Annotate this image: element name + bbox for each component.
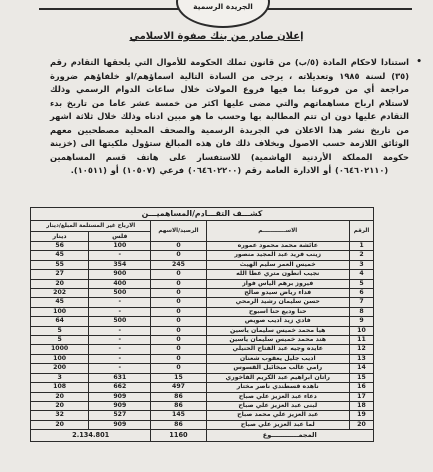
dinar-cell: 3 (31, 373, 89, 382)
header-name: الاســــــــــــم (206, 221, 349, 242)
table-row: 10 هيا محمد خميس سليمان ياسين 0 - 5 (31, 326, 374, 335)
row-number-cell: 14 (349, 364, 373, 373)
dinar-cell: 100 (31, 307, 89, 316)
name-cell: ناهده قسطندي ناصر مختار (206, 383, 349, 392)
name-cell: خميس العمر سليم الهيث (206, 260, 349, 269)
name-cell: نجيب انطون متري عطا الله (206, 270, 349, 279)
table-total-row: المجمــــــــــــوع 1160 2.134.801 (31, 430, 374, 442)
shareholders-table: كشـــف التقـــادم/المساهميـــن الرقم الا… (30, 207, 374, 442)
notice-text: استنادا لاحكام المادة (٥/ب) من قانون تمل… (50, 56, 409, 178)
shares-cell: 0 (151, 336, 206, 345)
fils-cell: - (89, 326, 151, 335)
row-number-cell: 15 (349, 373, 373, 382)
gazette-page: { "colors": { "paper": "#ebe9e5", "ink":… (0, 0, 433, 472)
shares-cell: 0 (151, 364, 206, 373)
header-fils: فلس (89, 232, 151, 242)
table-row: 9 فادي زيد اديب صويص 0 500 64 (31, 317, 374, 326)
row-number-cell: 11 (349, 336, 373, 345)
row-number-cell: 12 (349, 345, 373, 354)
total-shares: 1160 (151, 430, 206, 442)
fils-cell: - (89, 354, 151, 363)
name-cell: هند محمد خميس سليمان ياسين (206, 336, 349, 345)
row-number-cell: 6 (349, 289, 373, 298)
shares-cell: 0 (151, 354, 206, 363)
gazette-oval: الجريدة الرسمية (176, 0, 270, 28)
shares-cell: 86 (151, 392, 206, 401)
header-shares: الرصيد/الاسهم (151, 221, 206, 242)
fils-cell: 354 (89, 260, 151, 269)
dinar-cell: 5 (31, 326, 89, 335)
total-label: المجمــــــــــــوع (206, 430, 373, 442)
dinar-cell: 45 (31, 298, 89, 307)
table-row: 16 ناهده قسطندي ناصر مختار 497 662 108 (31, 383, 374, 392)
dinar-cell: 64 (31, 317, 89, 326)
row-number-cell: 19 (349, 411, 373, 420)
fils-cell: 500 (89, 317, 151, 326)
dinar-cell: 108 (31, 383, 89, 392)
table-row: 18 لبنى عبد العزيز علي صباح 86 909 20 (31, 401, 374, 410)
table-row: 14 رامي غالب ميخائيل القسوس 0 - 200 (31, 364, 374, 373)
name-cell: دعاء عبد العزيز علي صباح (206, 392, 349, 401)
fils-cell: - (89, 364, 151, 373)
dinar-cell: 45 (31, 251, 89, 260)
dinar-cell: 55 (31, 260, 89, 269)
row-number-cell: 5 (349, 279, 373, 288)
table-row: 15 راتان ابراهيم عبد الكريم الفاخوري 15 … (31, 373, 374, 382)
header-dinar: دينار (31, 232, 89, 242)
name-cell: حسن سليمان رشيد الرمحي (206, 298, 349, 307)
table-row: 13 اديب جليل يعقوب شعنان 0 - 100 (31, 354, 374, 363)
dinar-cell: 1000 (31, 345, 89, 354)
name-cell: فداء رياض سيدو صالح (206, 289, 349, 298)
fils-cell: 909 (89, 392, 151, 401)
fils-cell: - (89, 307, 151, 316)
name-cell: عائشة محمد محمود عموره (206, 242, 349, 251)
row-number-cell: 4 (349, 270, 373, 279)
shares-cell: 0 (151, 289, 206, 298)
name-cell: اديب جليل يعقوب شعنان (206, 354, 349, 363)
dinar-cell: 20 (31, 392, 89, 401)
table-row: 4 نجيب انطون متري عطا الله 0 900 27 (31, 270, 374, 279)
name-cell: عايده وجيه عبد الفتاح الحنيلي (206, 345, 349, 354)
row-number-cell: 7 (349, 298, 373, 307)
fils-cell: 100 (89, 242, 151, 251)
header-number: الرقم (349, 221, 373, 242)
dinar-cell: 100 (31, 354, 89, 363)
name-cell: فيروز برهم الياس فواز (206, 279, 349, 288)
header-unclaimed-profits: الارباح غير المستلمة المبلغ/دينار (31, 221, 151, 232)
fils-cell: - (89, 345, 151, 354)
name-cell: فادي زيد اديب صويص (206, 317, 349, 326)
shares-cell: 0 (151, 326, 206, 335)
shares-cell: 0 (151, 307, 206, 316)
table-row: 11 هند محمد خميس سليمان ياسين 0 - 5 (31, 336, 374, 345)
table-row: 17 دعاء عبد العزيز علي صباح 86 909 20 (31, 392, 374, 401)
shares-cell: 0 (151, 317, 206, 326)
table-row: 19 عبد العزيز علي محمد صباح 145 527 32 (31, 411, 374, 420)
table-row: 8 حنا وديع حنا اسبوح 0 - 100 (31, 307, 374, 316)
row-number-cell: 18 (349, 401, 373, 410)
shareholders-table-body: 1 عائشة محمد محمود عموره 0 100 56 2 زينب… (31, 242, 374, 430)
shares-cell: 86 (151, 401, 206, 410)
shares-cell: 0 (151, 298, 206, 307)
dinar-cell: 32 (31, 411, 89, 420)
name-cell: زينب فريد عبد المجيد منصور (206, 251, 349, 260)
table-row: 2 زينب فريد عبد المجيد منصور 0 - 45 (31, 251, 374, 260)
dinar-cell: 20 (31, 279, 89, 288)
total-amount: 2.134.801 (31, 430, 151, 442)
row-number-cell: 2 (349, 251, 373, 260)
table-row: 3 خميس العمر سليم الهيث 245 354 55 (31, 260, 374, 269)
name-cell: حنا وديع حنا اسبوح (206, 307, 349, 316)
name-cell: راتان ابراهيم عبد الكريم الفاخوري (206, 373, 349, 382)
fils-cell: 527 (89, 411, 151, 420)
name-cell: هيا محمد خميس سليمان ياسين (206, 326, 349, 335)
fils-cell: 631 (89, 373, 151, 382)
row-number-cell: 1 (349, 242, 373, 251)
shares-cell: 0 (151, 251, 206, 260)
shares-cell: 497 (151, 383, 206, 392)
fils-cell: 662 (89, 383, 151, 392)
table-row: 6 فداء رياض سيدو صالح 0 500 202 (31, 289, 374, 298)
table-title: كشـــف التقـــادم/المساهميـــن (31, 208, 374, 221)
announcement-title: إعلان صادر من بنك صفوة الاسلامي (0, 31, 433, 42)
shares-cell: 0 (151, 270, 206, 279)
name-cell: رامي غالب ميخائيل القسوس (206, 364, 349, 373)
shares-cell: 0 (151, 242, 206, 251)
dinar-cell: 56 (31, 242, 89, 251)
bullet-icon: • (413, 56, 422, 178)
row-number-cell: 16 (349, 383, 373, 392)
gazette-label: الجريدة الرسمية (178, 2, 268, 11)
table-row: 1 عائشة محمد محمود عموره 0 100 56 (31, 242, 374, 251)
dinar-cell: 202 (31, 289, 89, 298)
table-row: 7 حسن سليمان رشيد الرمحي 0 - 45 (31, 298, 374, 307)
name-cell: عبد العزيز علي محمد صباح (206, 411, 349, 420)
dinar-cell: 200 (31, 364, 89, 373)
dinar-cell: 20 (31, 420, 89, 429)
fils-cell: 900 (89, 270, 151, 279)
row-number-cell: 20 (349, 420, 373, 429)
fils-cell: - (89, 251, 151, 260)
fils-cell: 909 (89, 420, 151, 429)
dinar-cell: 5 (31, 336, 89, 345)
shares-cell: 0 (151, 279, 206, 288)
notice-paragraph: • استنادا لاحكام المادة (٥/ب) من قانون ت… (50, 56, 422, 178)
shares-cell: 15 (151, 373, 206, 382)
table-row: 12 عايده وجيه عبد الفتاح الحنيلي 0 - 100… (31, 345, 374, 354)
shares-cell: 86 (151, 420, 206, 429)
name-cell: لبنى عبد العزيز علي صباح (206, 401, 349, 410)
dinar-cell: 27 (31, 270, 89, 279)
row-number-cell: 17 (349, 392, 373, 401)
shares-cell: 145 (151, 411, 206, 420)
fils-cell: - (89, 298, 151, 307)
table-row: 20 لما عبد العزيز علي صباح 86 909 20 (31, 420, 374, 429)
shares-cell: 0 (151, 345, 206, 354)
row-number-cell: 10 (349, 326, 373, 335)
fils-cell: - (89, 336, 151, 345)
fils-cell: 909 (89, 401, 151, 410)
table-row: 5 فيروز برهم الياس فواز 0 400 20 (31, 279, 374, 288)
row-number-cell: 9 (349, 317, 373, 326)
row-number-cell: 3 (349, 260, 373, 269)
row-number-cell: 8 (349, 307, 373, 316)
name-cell: لما عبد العزيز علي صباح (206, 420, 349, 429)
shares-cell: 245 (151, 260, 206, 269)
fils-cell: 500 (89, 289, 151, 298)
dinar-cell: 20 (31, 401, 89, 410)
row-number-cell: 13 (349, 354, 373, 363)
fils-cell: 400 (89, 279, 151, 288)
